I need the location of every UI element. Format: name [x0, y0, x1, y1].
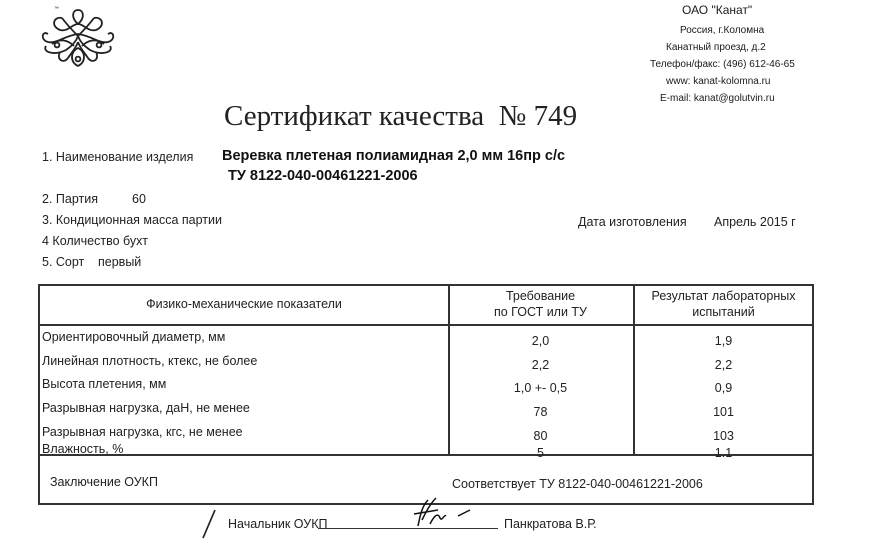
- conclusion-value: Соответствует ТУ 8122-040-00461221-2006: [452, 477, 703, 491]
- conclusion-label: Заключение ОУКП: [50, 475, 158, 489]
- product-spec: ТУ 8122-040-00461221-2006: [228, 168, 418, 184]
- coils-label: 4 Количество бухт: [42, 234, 148, 248]
- signature-role: Начальник ОУКП: [228, 517, 327, 531]
- mass-label: 3. Кондиционная масса партии: [42, 213, 222, 227]
- row-requirement: 78: [448, 405, 633, 419]
- row-indicator: Влажность, %: [42, 442, 123, 456]
- grade-label: 5. Сорт: [42, 255, 84, 269]
- row-result: 0,9: [633, 381, 814, 395]
- row-indicator: Ориентировочный диаметр, мм: [42, 330, 225, 344]
- row-indicator: Разрывная нагрузка, кгс, не менее: [42, 425, 243, 439]
- slash-mark-icon: [200, 508, 218, 540]
- product-name: Веревка плетеная полиамидная 2,0 мм 16пр…: [222, 148, 565, 164]
- company-phone: Телефон/факс: (496) 612-46-65: [650, 56, 795, 74]
- row-indicator: Разрывная нагрузка, даН, не менее: [42, 401, 250, 415]
- header-result-1: Результат лабораторных: [633, 289, 814, 303]
- company-name: ОАО "Канат": [682, 2, 752, 20]
- celtic-knot-logo-icon: [38, 6, 118, 68]
- company-address: Канатный проезд, д.2: [666, 39, 766, 57]
- row-requirement: 2,2: [448, 358, 633, 372]
- handwritten-signature-icon: [408, 496, 488, 530]
- header-indicator: Физико-механические показатели: [40, 297, 448, 311]
- certificate-number: 749: [534, 100, 578, 132]
- batch-value: 60: [132, 192, 146, 206]
- number-sign: №: [499, 100, 527, 132]
- header-result-2: испытаний: [633, 305, 814, 319]
- product-label: 1. Наименование изделия: [42, 150, 193, 164]
- batch-label: 2. Партия: [42, 192, 98, 206]
- row-requirement: 5: [448, 446, 633, 460]
- row-indicator: Линейная плотность, ктекс, не более: [42, 354, 257, 368]
- row-requirement: 80: [448, 429, 633, 443]
- trademark-mark: ™: [54, 6, 59, 12]
- date-label: Дата изготовления: [578, 215, 687, 229]
- signatory-name: Панкратова В.Р.: [504, 517, 597, 531]
- grade-value: первый: [98, 255, 141, 269]
- row-indicator: Высота плетения, мм: [42, 377, 166, 391]
- row-result: 1.1: [633, 446, 814, 460]
- company-website: www: kanat-kolomna.ru: [666, 73, 770, 91]
- header-requirement-1: Требование: [448, 289, 633, 303]
- date-value: Апрель 2015 г: [714, 215, 796, 229]
- row-result: 101: [633, 405, 814, 419]
- row-requirement: 1,0 +- 0,5: [448, 381, 633, 395]
- row-requirement: 2,0: [448, 334, 633, 348]
- certificate-title: Сертификат качества № 749: [224, 100, 577, 133]
- row-result: 1,9: [633, 334, 814, 348]
- company-email: E-mail: kanat@golutvin.ru: [660, 90, 775, 108]
- certificate-title-text: Сертификат качества: [224, 100, 484, 132]
- company-city: Россия, г.Коломна: [680, 22, 764, 40]
- row-result: 103: [633, 429, 814, 443]
- test-results-table: Физико-механические показатели Требовани…: [38, 284, 814, 505]
- header-requirement-2: по ГОСТ или ТУ: [448, 305, 633, 319]
- row-result: 2,2: [633, 358, 814, 372]
